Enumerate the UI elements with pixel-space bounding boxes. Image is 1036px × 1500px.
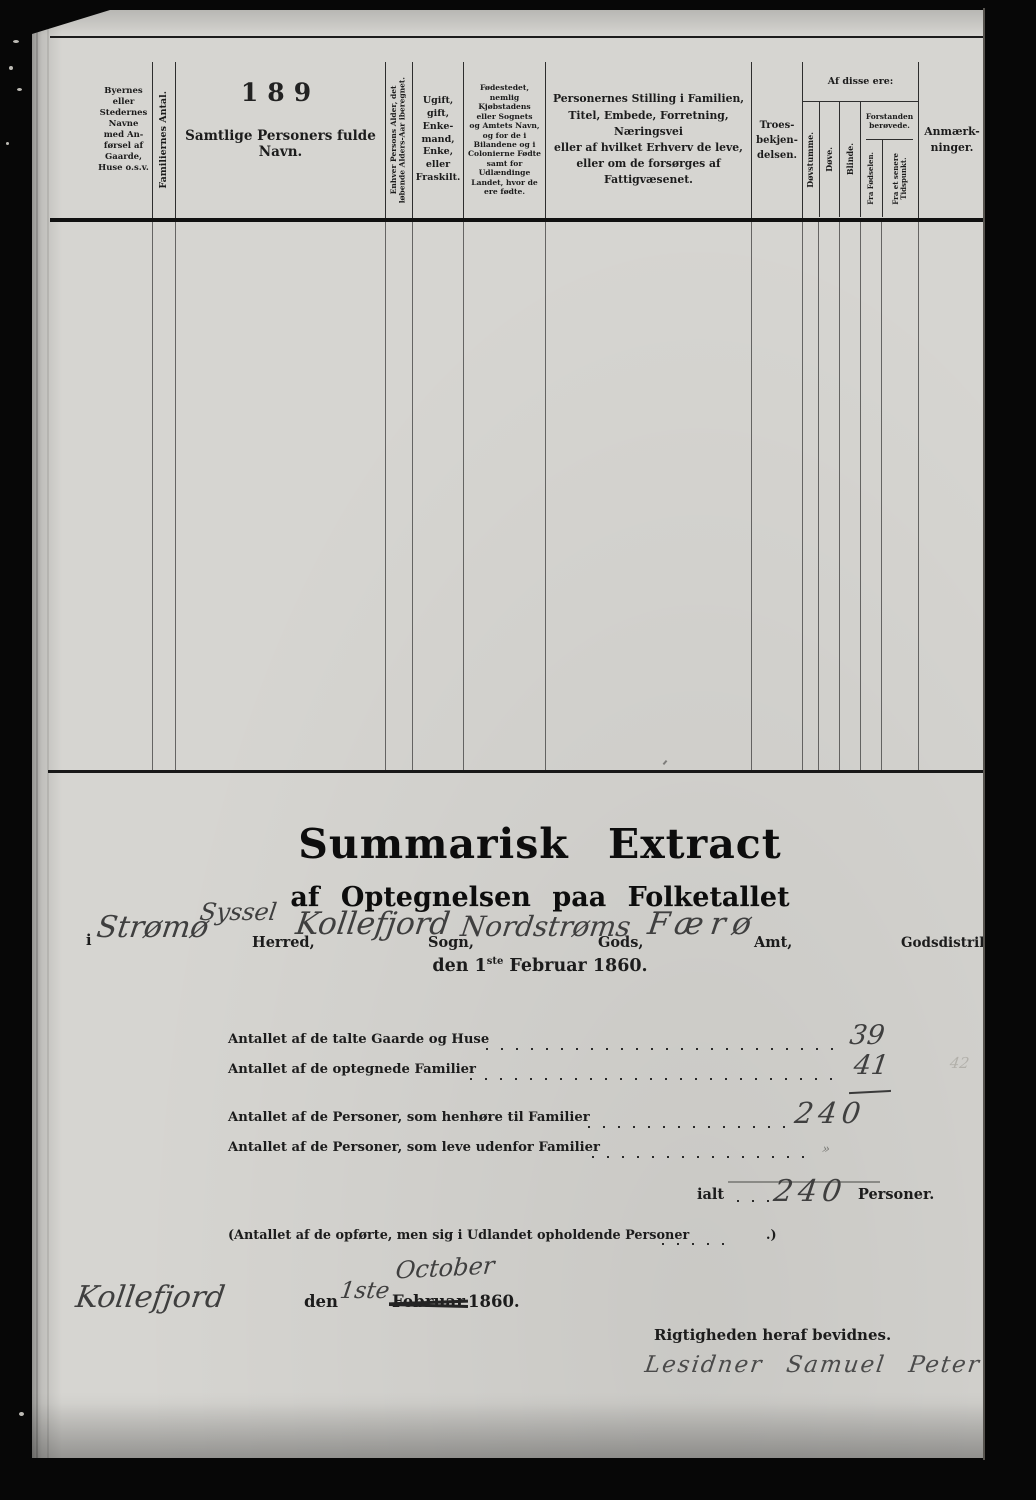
group-label: Forstanden berøvede. — [866, 102, 913, 140]
column-label: Personernes Stilling i Familien, Titel, … — [553, 91, 744, 188]
total-label: ialt — [697, 1186, 724, 1203]
dot-leader — [592, 1156, 808, 1158]
date-text: Februar 1860. — [503, 956, 647, 976]
column-label: Enhver Persons Alder, det løbende Alders… — [390, 77, 407, 203]
column-divider — [818, 222, 819, 770]
abroad-label: (Antallet af de opførte, men sig i Udlan… — [228, 1228, 689, 1243]
spine-speck — [13, 40, 19, 43]
column-label: Fra Fødselen. — [867, 152, 875, 205]
folio-number: 189 — [176, 78, 385, 107]
column-divider — [918, 222, 919, 770]
census-scan-page: Byernes eller Stedernes Navne med An- fø… — [0, 0, 1036, 1500]
column-header-full-name: 189 Samtlige Personers fulde Navn. — [175, 62, 385, 218]
stat-persons-out-label: Antallet af de Personer, som leve udenfo… — [228, 1140, 600, 1155]
column-header-birthplace: Fødestedet, nemlig Kjøbstadens eller Sog… — [463, 62, 545, 218]
dot-leader — [662, 1243, 734, 1245]
column-group-of-these: Af disse ere: Døvstumme. Døve. Blinde. F… — [802, 62, 918, 218]
label-godsdistrikt: Godsdistrikt — [901, 935, 995, 951]
total-value: 240 — [772, 1174, 849, 1209]
column-group-insane: Forstanden berøvede. Fra Fødselen. Fra e… — [860, 102, 918, 217]
handwritten-amt: Færø — [645, 906, 760, 942]
column-divider — [152, 222, 153, 770]
column-divider — [802, 222, 803, 770]
column-label: Døve. — [825, 147, 834, 172]
column-header-remarks: Anmærk- ninger. — [918, 62, 985, 218]
spine-speck — [19, 1412, 24, 1416]
column-header-insane-later: Fra et senere Tidspunkt. — [882, 140, 919, 217]
column-header-family-count: Familiernes Antal. — [152, 62, 175, 218]
group-label: Af disse ere: — [803, 62, 918, 102]
date-ordinal: ste — [487, 956, 504, 967]
struck-month-februar: Februar — [392, 1292, 465, 1311]
column-divider — [175, 222, 176, 770]
page-edge-crease — [47, 10, 49, 1458]
handwritten-signing-place: Kollefjord — [74, 1280, 228, 1315]
dot-leader — [588, 1126, 788, 1128]
column-label: Blinde. — [846, 143, 855, 175]
column-label: Samtlige Personers fulde Navn. — [176, 128, 385, 160]
column-header-marital-status: Ugift, gift, Enke- mand, Enke, eller Fra… — [412, 62, 463, 218]
attestation-line: Rigtigheden heraf bevidnes. — [654, 1326, 891, 1344]
label-gods: Gods, — [598, 934, 643, 951]
book-margin-right — [985, 0, 1036, 1500]
column-label: Fødestedet, nemlig Kjøbstadens eller Sog… — [464, 83, 545, 197]
column-header-blind: Blinde. — [839, 102, 860, 217]
abroad-close-paren: .) — [766, 1228, 777, 1243]
column-label: Fra et senere Tidspunkt. — [892, 153, 908, 205]
dot-leader — [486, 1048, 844, 1050]
spine-speck — [9, 66, 13, 70]
spine-speck — [17, 88, 22, 91]
handwritten-herred: Strømø — [95, 910, 211, 945]
column-header-position: Personernes Stilling i Familien, Titel, … — [545, 62, 751, 218]
stat-houses-label: Antallet af de talte Gaarde og Huse — [228, 1032, 489, 1047]
table-bottom-rule — [48, 770, 988, 773]
dot-leader — [470, 1078, 844, 1080]
date-text: den 1 — [432, 956, 486, 976]
label-den: den — [304, 1292, 338, 1311]
pencil-annotation: 42 — [949, 1054, 971, 1072]
column-header-deaf: Døve. — [819, 102, 840, 217]
handwritten-syssel: Syssel — [198, 898, 278, 926]
summary-title: Summarisk Extract — [95, 820, 985, 868]
stat-persons-in-value: 240 — [793, 1096, 868, 1130]
stat-families-value: 41 — [852, 1050, 891, 1081]
label-year: 1860. — [468, 1292, 520, 1311]
census-date-line: den 1ste Februar 1860. — [95, 956, 985, 976]
column-label: Familiernes Antal. — [159, 91, 170, 189]
handwritten-signature: Lesidner Samuel Peter Samu — [643, 1352, 1036, 1378]
label-i: i — [86, 932, 92, 949]
table-body-empty — [95, 222, 985, 770]
total-unit: Personer. — [858, 1186, 934, 1203]
column-label: Anmærk- ninger. — [924, 124, 979, 156]
column-divider — [839, 222, 840, 770]
dot-leader — [737, 1200, 773, 1202]
subcolumn-row: Fra Fødselen. Fra et senere Tidspunkt. — [861, 140, 919, 217]
column-divider — [412, 222, 413, 770]
column-divider — [751, 222, 752, 770]
column-divider — [881, 222, 882, 770]
column-header-faith: Troes- bekjen- delsen. — [751, 62, 802, 218]
bottom-shadow-band — [32, 1392, 985, 1458]
column-label: Døvstumme. — [806, 132, 815, 188]
label-amt: Amt, — [754, 934, 792, 951]
column-header-deaf-mute: Døvstumme. — [803, 102, 819, 217]
column-divider — [385, 222, 386, 770]
column-header-place: Byernes eller Stedernes Navne med An- fø… — [95, 62, 152, 218]
column-divider — [860, 222, 861, 770]
table-header-row: Byernes eller Stedernes Navne med An- fø… — [95, 62, 986, 218]
page-edge-crease — [36, 10, 38, 1458]
handwritten-month-correction: October — [394, 1251, 495, 1284]
spine-speck — [6, 142, 9, 145]
stat-families-label: Antallet af de optegnede Familier — [228, 1062, 476, 1077]
column-label: Ugift, gift, Enke- mand, Enke, eller Fra… — [413, 95, 463, 185]
handwritten-day: 1ste — [338, 1278, 391, 1304]
column-divider — [463, 222, 464, 770]
stat-houses-value: 39 — [848, 1020, 887, 1051]
column-divider — [545, 222, 546, 770]
stat-persons-in-label: Antallet af de Personer, som henhøre til… — [228, 1110, 590, 1125]
column-header-age: Enhver Persons Alder, det løbende Alders… — [385, 62, 412, 218]
subcolumn-row: Døvstumme. Døve. Blinde. Forstanden berø… — [803, 102, 918, 217]
column-header-insane-from-birth: Fra Fødselen. — [861, 140, 882, 217]
table-top-rule — [50, 36, 986, 38]
column-label: Byernes eller Stedernes Navne med An- fø… — [98, 86, 149, 174]
column-label: Troes- bekjen- delsen. — [756, 118, 798, 163]
